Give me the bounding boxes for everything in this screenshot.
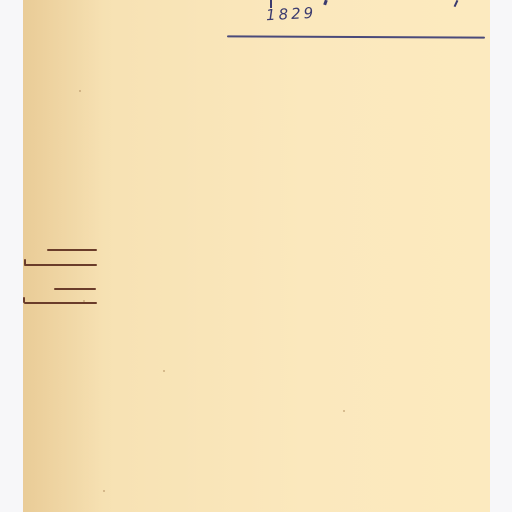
paper-speck: [163, 370, 165, 372]
paper-speck: [343, 410, 345, 412]
handwritten-year: 1829: [266, 4, 317, 25]
manuscript-page: [23, 0, 490, 512]
paper-speck: [103, 490, 105, 492]
tally-stroke: [24, 264, 97, 266]
paper-speck: [79, 90, 81, 92]
tally-stroke: [54, 288, 96, 290]
tally-stroke-hook: [24, 259, 26, 265]
tally-stroke: [47, 249, 97, 251]
tally-stroke-hook: [23, 297, 25, 303]
tally-stroke: [24, 302, 97, 304]
